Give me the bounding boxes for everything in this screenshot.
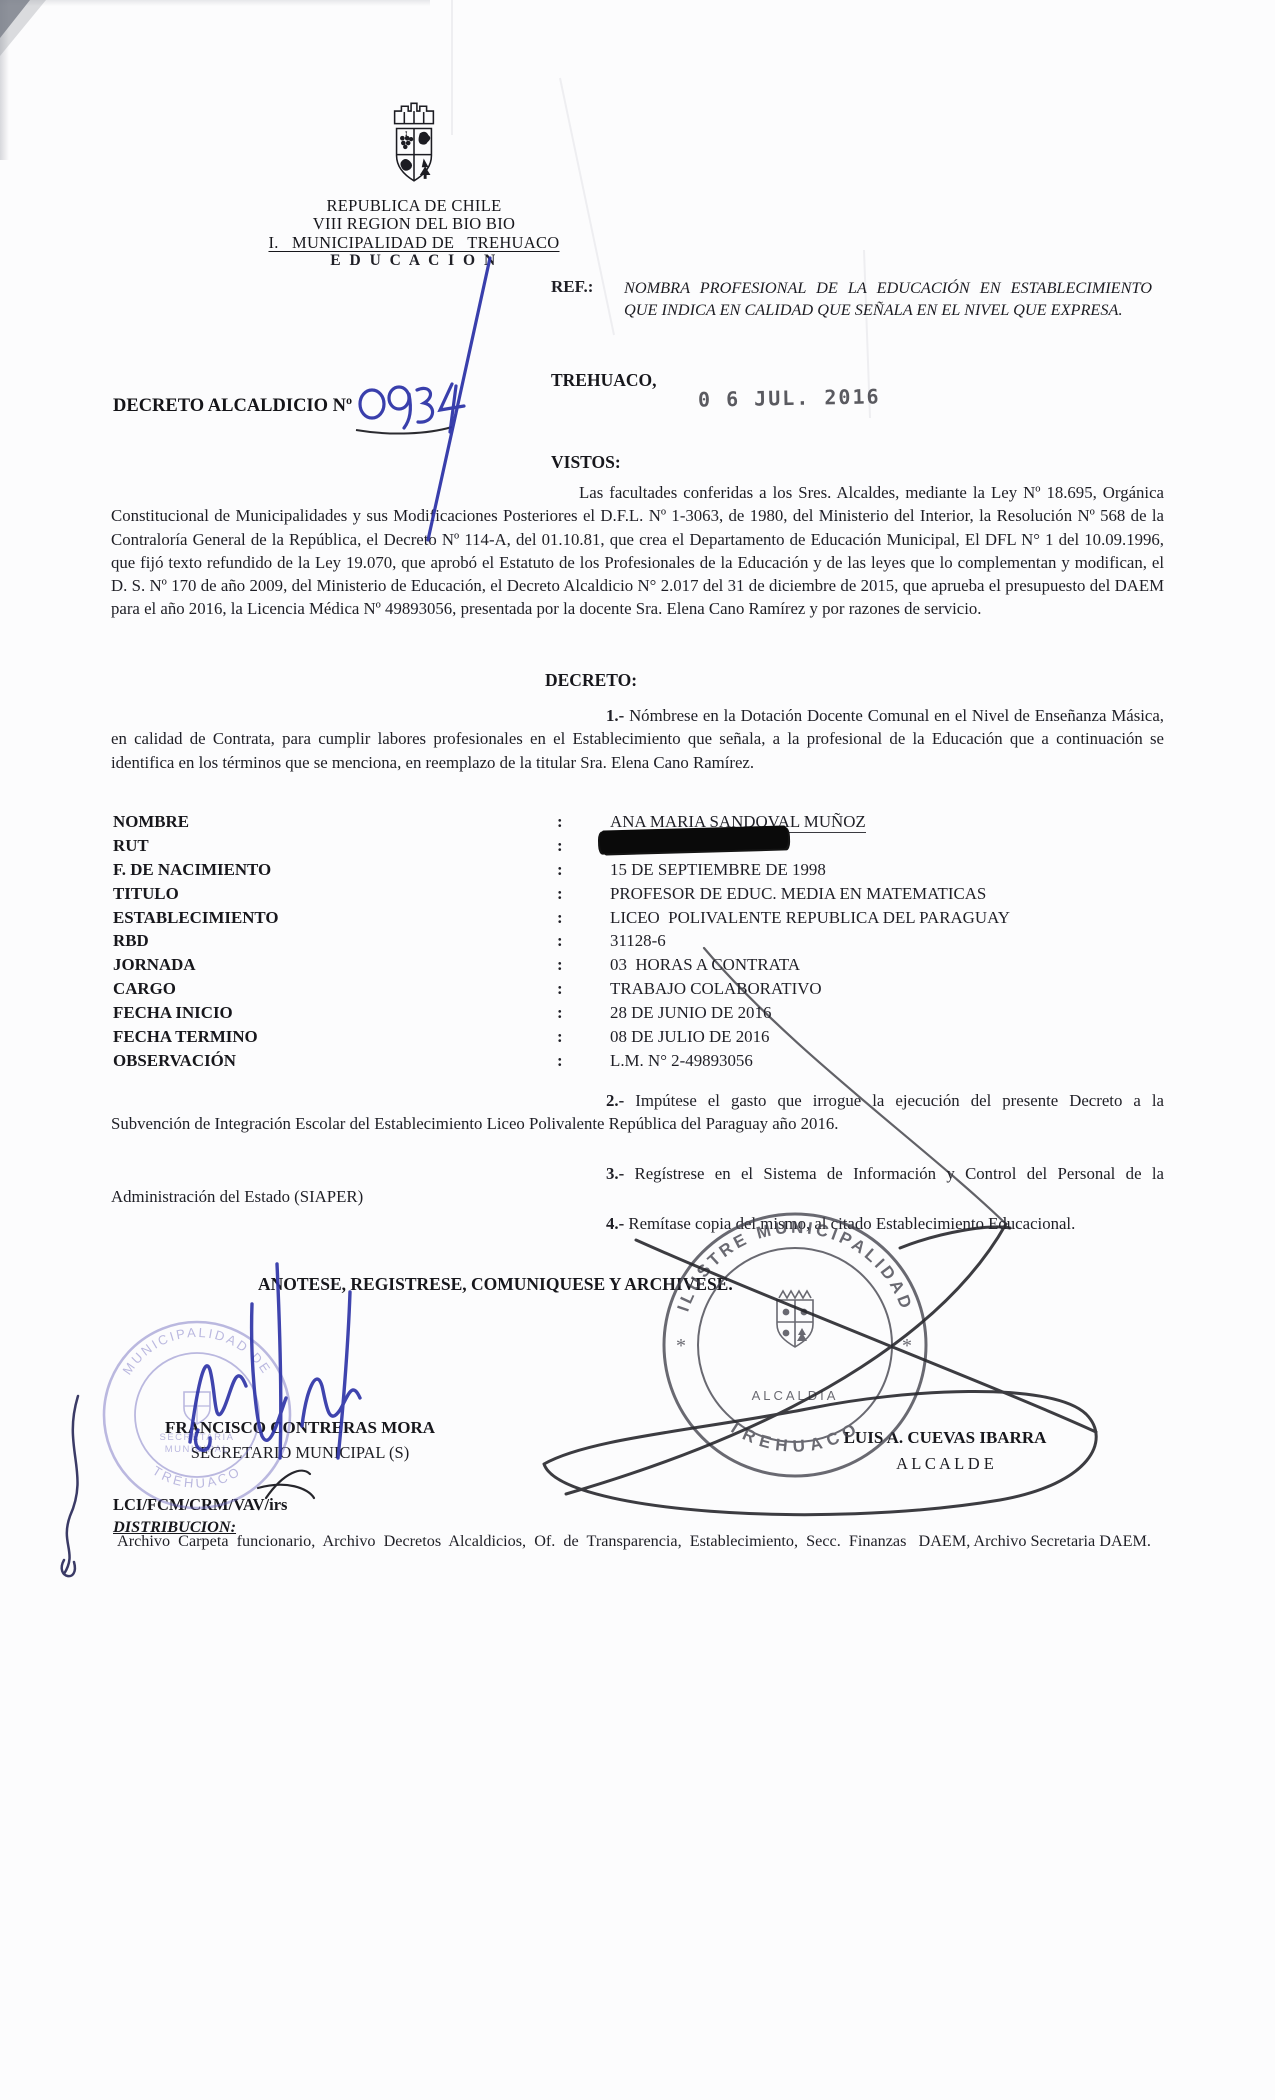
ref-label: REF.: xyxy=(551,277,593,297)
scan-edge-shade-left xyxy=(0,0,9,160)
secretary-stamp-ring-top: MUNICIPALIDAD DE xyxy=(119,1325,274,1378)
municipal-coat-of-arms xyxy=(383,98,445,190)
detail-value-observacion: L.M. N° 2-49893056 xyxy=(610,1051,753,1071)
item-2-text: Impútese el gasto que irrogue la ejecuci… xyxy=(111,1091,1164,1133)
scanned-decree-page: REPUBLICA DE CHILE VIII REGION DEL BIO B… xyxy=(0,0,1275,2100)
item-3-text: Regístrese en el Sistema de Información … xyxy=(111,1164,1164,1206)
detail-value-jornada: 03 HORAS A CONTRATA xyxy=(610,955,800,975)
decreto-item-4: 4.- Remítase copia del mismo, al citado … xyxy=(111,1212,1164,1235)
alcalde-title: A L C A L D E xyxy=(790,1454,1100,1474)
decree-number-rule xyxy=(356,427,452,434)
vistos-body: Las facultades conferidas a los Sres. Al… xyxy=(111,481,1164,621)
header-department: E D U C A C I O N xyxy=(262,252,566,270)
alcalde-stamp-star-right: * xyxy=(902,1335,912,1357)
detail-row-cargo: CARGO:TRABAJO COLABORATIVO xyxy=(113,979,1168,1003)
decreto-heading: DECRETO: xyxy=(545,670,637,691)
scan-edge-shade-top xyxy=(0,0,430,6)
svg-text:MUNICIPALIDAD DE: MUNICIPALIDAD DE xyxy=(119,1325,274,1378)
redaction-bar xyxy=(600,825,789,853)
secretary-stamp: MUNICIPALIDAD DE TREHUACO SECRETARIA MUN… xyxy=(104,1322,290,1508)
alcalde-stamp-center-word: ALCALDIA xyxy=(752,1388,839,1403)
item-3-number: 3.- xyxy=(606,1164,624,1183)
decreto-item-2: 2.- Impútese el gasto que irrogue la eje… xyxy=(111,1089,1164,1136)
detail-row-fecha-termino: FECHA TERMINO:08 DE JULIO DE 2016 xyxy=(113,1027,1168,1051)
header-municipality: I. MUNICIPALIDAD DE TREHUACO xyxy=(242,233,586,253)
detail-row-establecimiento: ESTABLECIMIENTO:LICEO POLIVALENTE REPUBL… xyxy=(113,908,1168,932)
item-4-text: Remítase copia del mismo, al citado Esta… xyxy=(628,1214,1075,1233)
alcalde-stamp-star-left: * xyxy=(676,1335,686,1357)
svg-text:TREHUACO: TREHUACO xyxy=(150,1463,244,1491)
decreto-item-3: 3.- Regístrese en el Sistema de Informac… xyxy=(111,1162,1164,1209)
detail-row-jornada: JORNADA:03 HORAS A CONTRATA xyxy=(113,955,1168,979)
detail-row-fecha-inicio: FECHA INICIO:28 DE JUNIO DE 2016 xyxy=(113,1003,1168,1027)
detail-value-cargo: TRABAJO COLABORATIVO xyxy=(610,979,822,999)
alcalde-name: LUIS A. CUEVAS IBARRA xyxy=(790,1428,1100,1448)
distribution-text: Archivo Carpeta funcionario, Archivo Dec… xyxy=(113,1531,1165,1552)
detail-value-fecha-termino: 08 DE JULIO DE 2016 xyxy=(610,1027,770,1047)
alcalde-stamp-arms xyxy=(777,1291,813,1347)
secretary-name: FRANCISCO CONTRERAS MORA xyxy=(130,1418,470,1438)
detail-value-establecimiento: LICEO POLIVALENTE REPUBLICA DEL PARAGUAY xyxy=(610,908,1010,928)
item-1-text: Nómbrese en la Dotación Docente Comunal … xyxy=(111,706,1164,772)
ref-text: NOMBRA PROFESIONAL DE LA EDUCACIÓN EN ES… xyxy=(624,277,1152,321)
closing-formula: ANOTESE, REGISTRESE, COMUNIQUESE Y ARCHI… xyxy=(258,1274,733,1295)
secretary-stamp-ring-bottom: TREHUACO xyxy=(150,1463,244,1491)
item-1-number: 1.- xyxy=(606,706,624,725)
detail-row-observacion: OBSERVACIÓN:L.M. N° 2-49893056 xyxy=(113,1051,1168,1075)
responsibility-initials: LCI/FCM/CRM/VAV/irs xyxy=(113,1495,287,1515)
header-country: REPUBLICA DE CHILE xyxy=(262,196,566,216)
detail-row-nacimiento: F. DE NACIMIENTO:15 DE SEPTIEMBRE DE 199… xyxy=(113,860,1168,884)
appointment-details: NOMBRE:ANA MARIA SANDOVAL MUÑOZ RUT:4.39… xyxy=(113,812,1168,1075)
detail-value-nacimiento: 15 DE SEPTIEMBRE DE 1998 xyxy=(610,860,826,880)
detail-value-rbd: 31128-6 xyxy=(610,931,666,951)
place-label: TREHUACO, xyxy=(551,370,657,391)
detail-row-rut: RUT:4.394.281-3 xyxy=(113,836,1168,860)
detail-value-fecha-inicio: 28 DE JUNIO DE 2016 xyxy=(610,1003,771,1023)
vistos-heading: VISTOS: xyxy=(551,452,621,473)
secretary-title: SECRETARIO MUNICIPAL (S) xyxy=(130,1443,470,1463)
vistos-body-text: Las facultades conferidas a los Sres. Al… xyxy=(111,483,1164,618)
date-stamp: 0 6 JUL. 2016 xyxy=(698,384,881,411)
detail-row-titulo: TITULO:PROFESOR DE EDUC. MEDIA EN MATEMA… xyxy=(113,884,1168,908)
item-2-number: 2.- xyxy=(606,1091,624,1110)
decreto-item-1: 1.- Nómbrese en la Dotación Docente Comu… xyxy=(111,704,1164,774)
header-region: VIII REGION DEL BIO BIO xyxy=(262,214,566,234)
item-4-number: 4.- xyxy=(606,1214,624,1233)
detail-value-titulo: PROFESOR DE EDUC. MEDIA EN MATEMATICAS xyxy=(610,884,986,904)
decree-number-label: DECRETO ALCALDICIO Nº xyxy=(113,396,352,417)
detail-row-rbd: RBD:31128-6 xyxy=(113,931,1168,955)
